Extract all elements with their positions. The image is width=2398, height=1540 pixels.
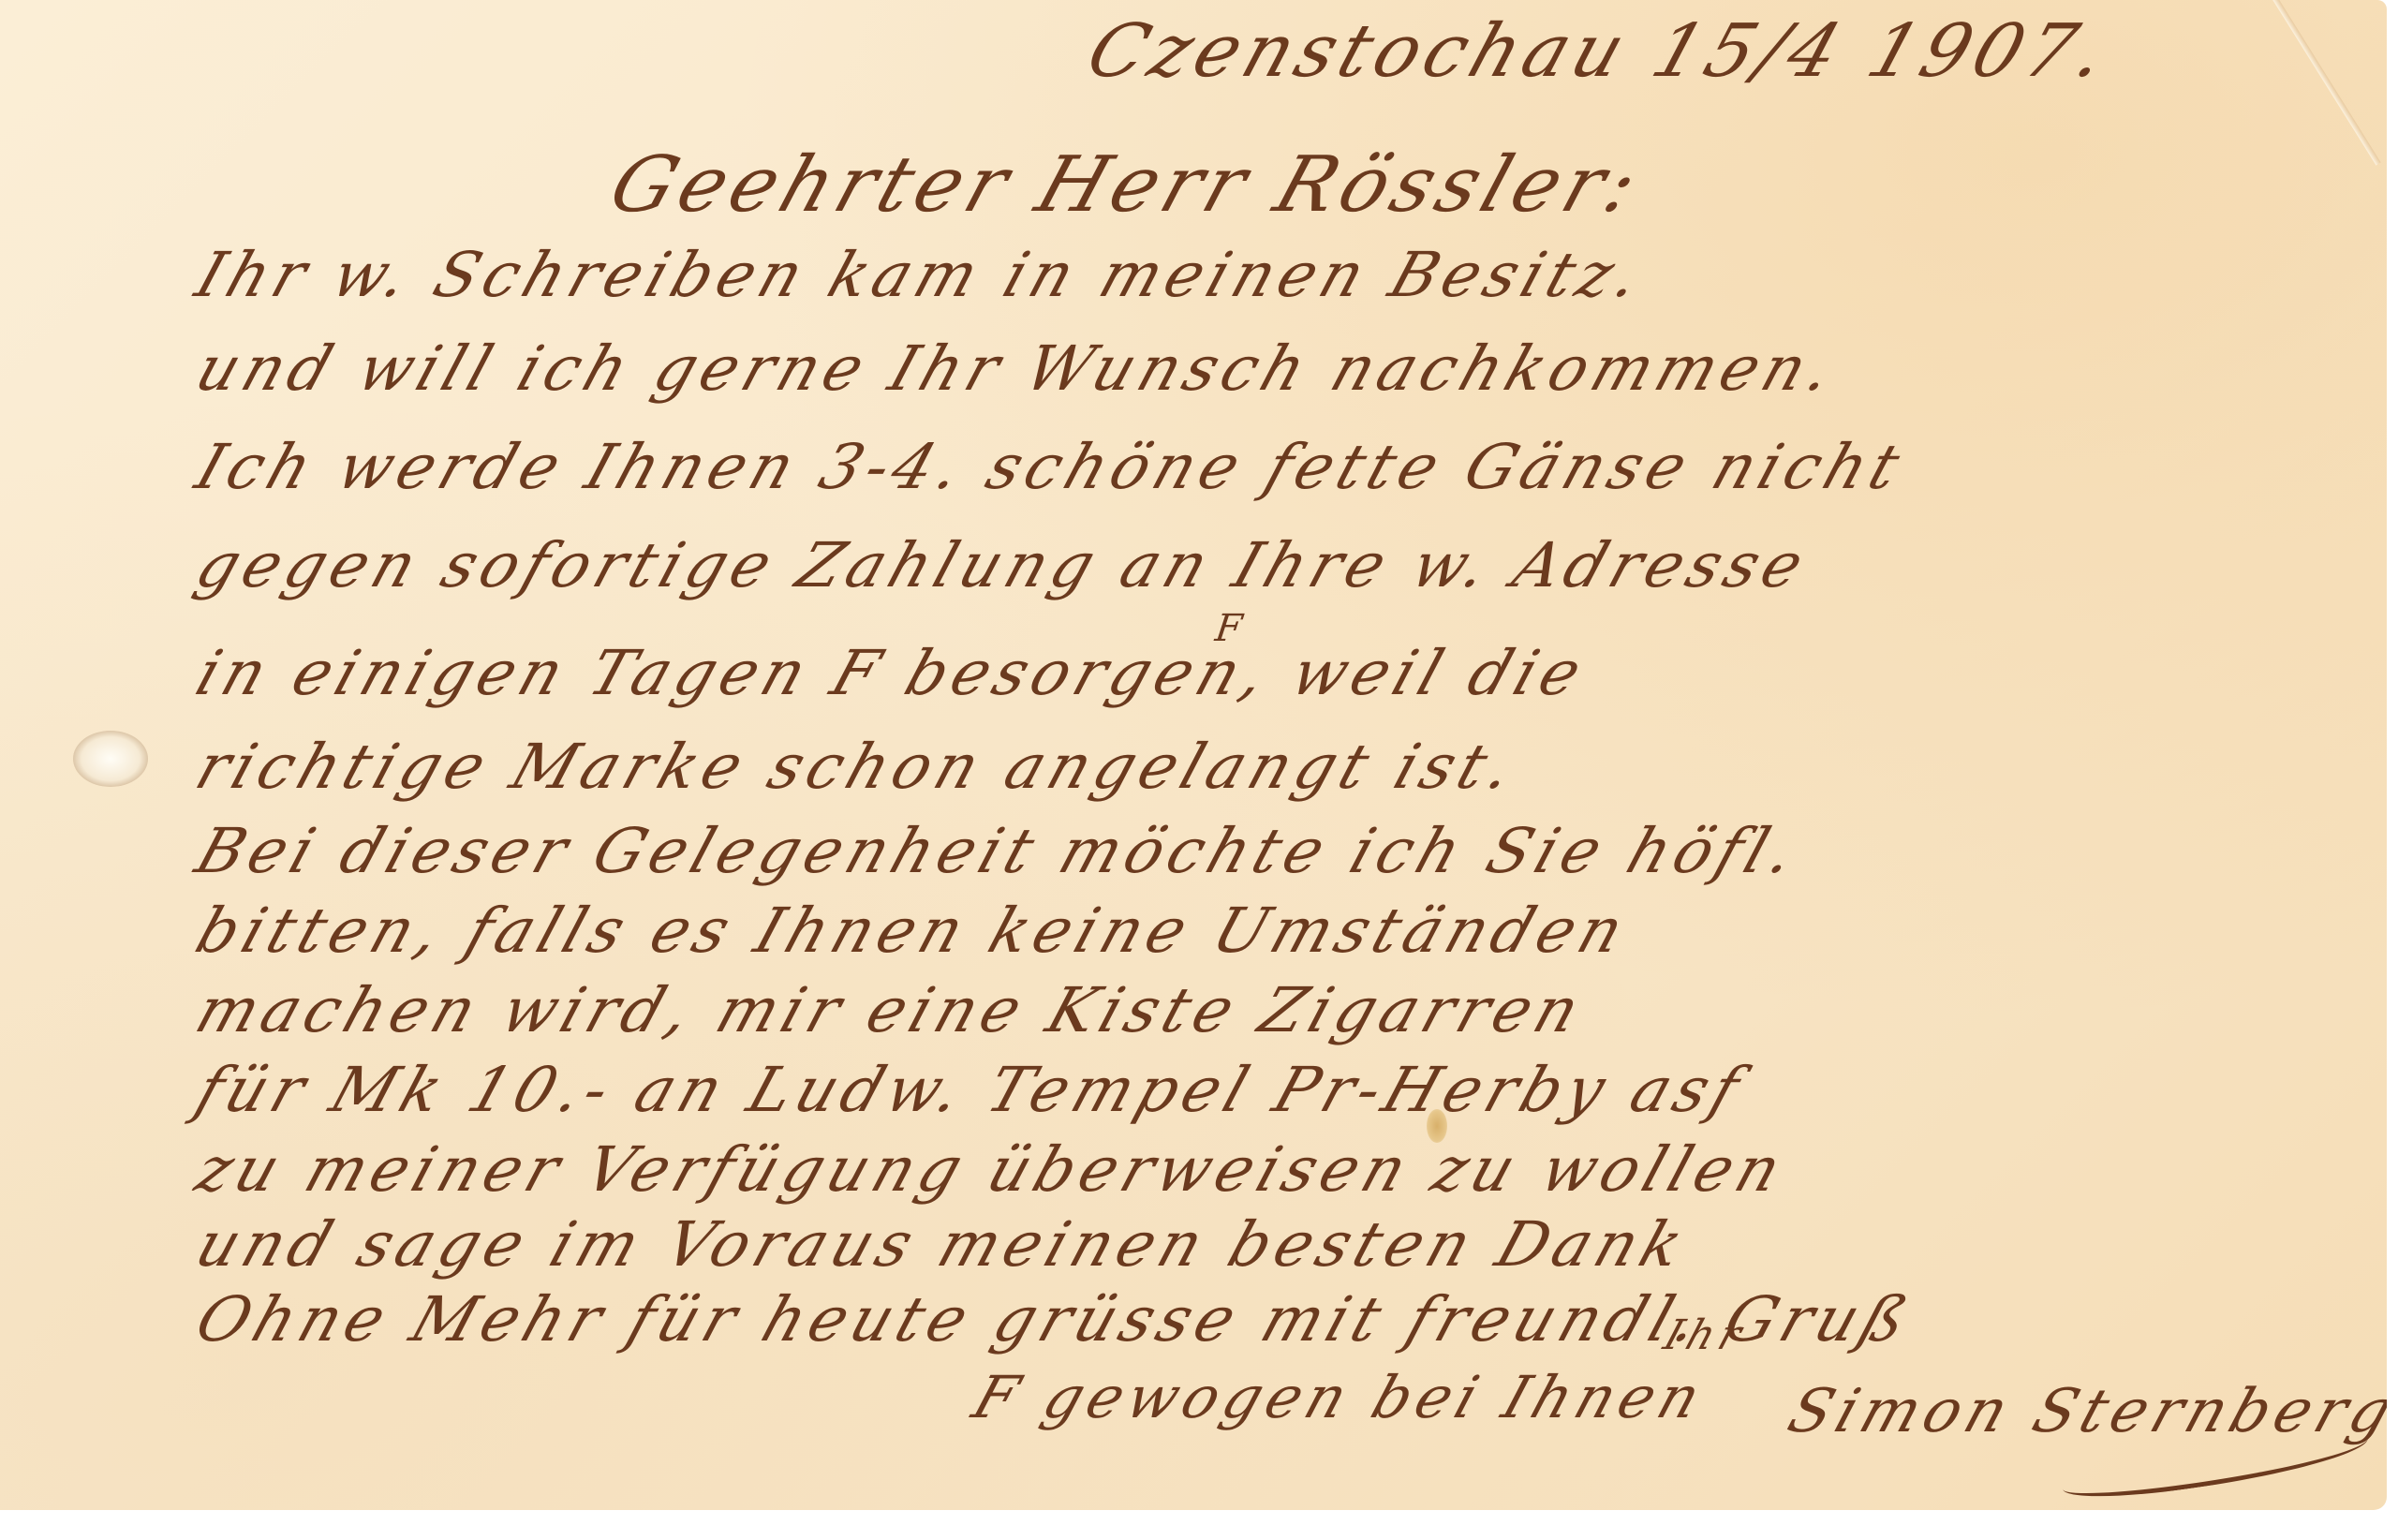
postcard: Czenstochau 15/4 1907. Geehrter Herr Rös…	[0, 0, 2387, 1510]
body-line-12: und sage im Voraus meinen besten Dank	[187, 1208, 1697, 1281]
body-line-3: Ich werde Ihnen 3-4. schöne fette Gänse …	[187, 431, 1914, 503]
puncture-hole	[73, 731, 148, 787]
body-line-5: in einigen Tagen F besorgen, weil die	[187, 637, 1595, 709]
closing-line: F gewogen bei Ihnen	[965, 1363, 1714, 1431]
paper-crease	[2267, 0, 2381, 166]
body-line-11: zu meiner Verfügung überweisen zu wollen	[187, 1133, 1795, 1206]
body-line-8: bitten, falls es Ihnen keine Umständen	[187, 895, 1637, 967]
body-line-7: Bei dieser Gelegenheit möchte ich Sie hö…	[187, 815, 1810, 887]
body-line-9: machen wird, mir eine Kiste Zigarren	[187, 974, 1593, 1046]
body-line-10: für Mk 10.- an Ludw. Tempel Pr-Herby asf	[187, 1054, 1754, 1126]
body-line-2: und will ich gerne Ihr Wunsch nachkommen…	[187, 333, 1846, 405]
dateline: Czenstochau 15/4 1907.	[1077, 9, 2122, 94]
body-line-1: Ihr w. Schreiben kam in meinen Besitz.	[187, 239, 1654, 311]
body-line-4: gegen sofortige Zahlung an Ihre w. Adres…	[187, 529, 1817, 601]
body-line-6: richtige Marke schon angelangt ist.	[187, 731, 1528, 803]
salutation: Geehrter Herr Rössler:	[599, 141, 1654, 230]
closing-yours: Ihr	[1658, 1311, 1753, 1359]
